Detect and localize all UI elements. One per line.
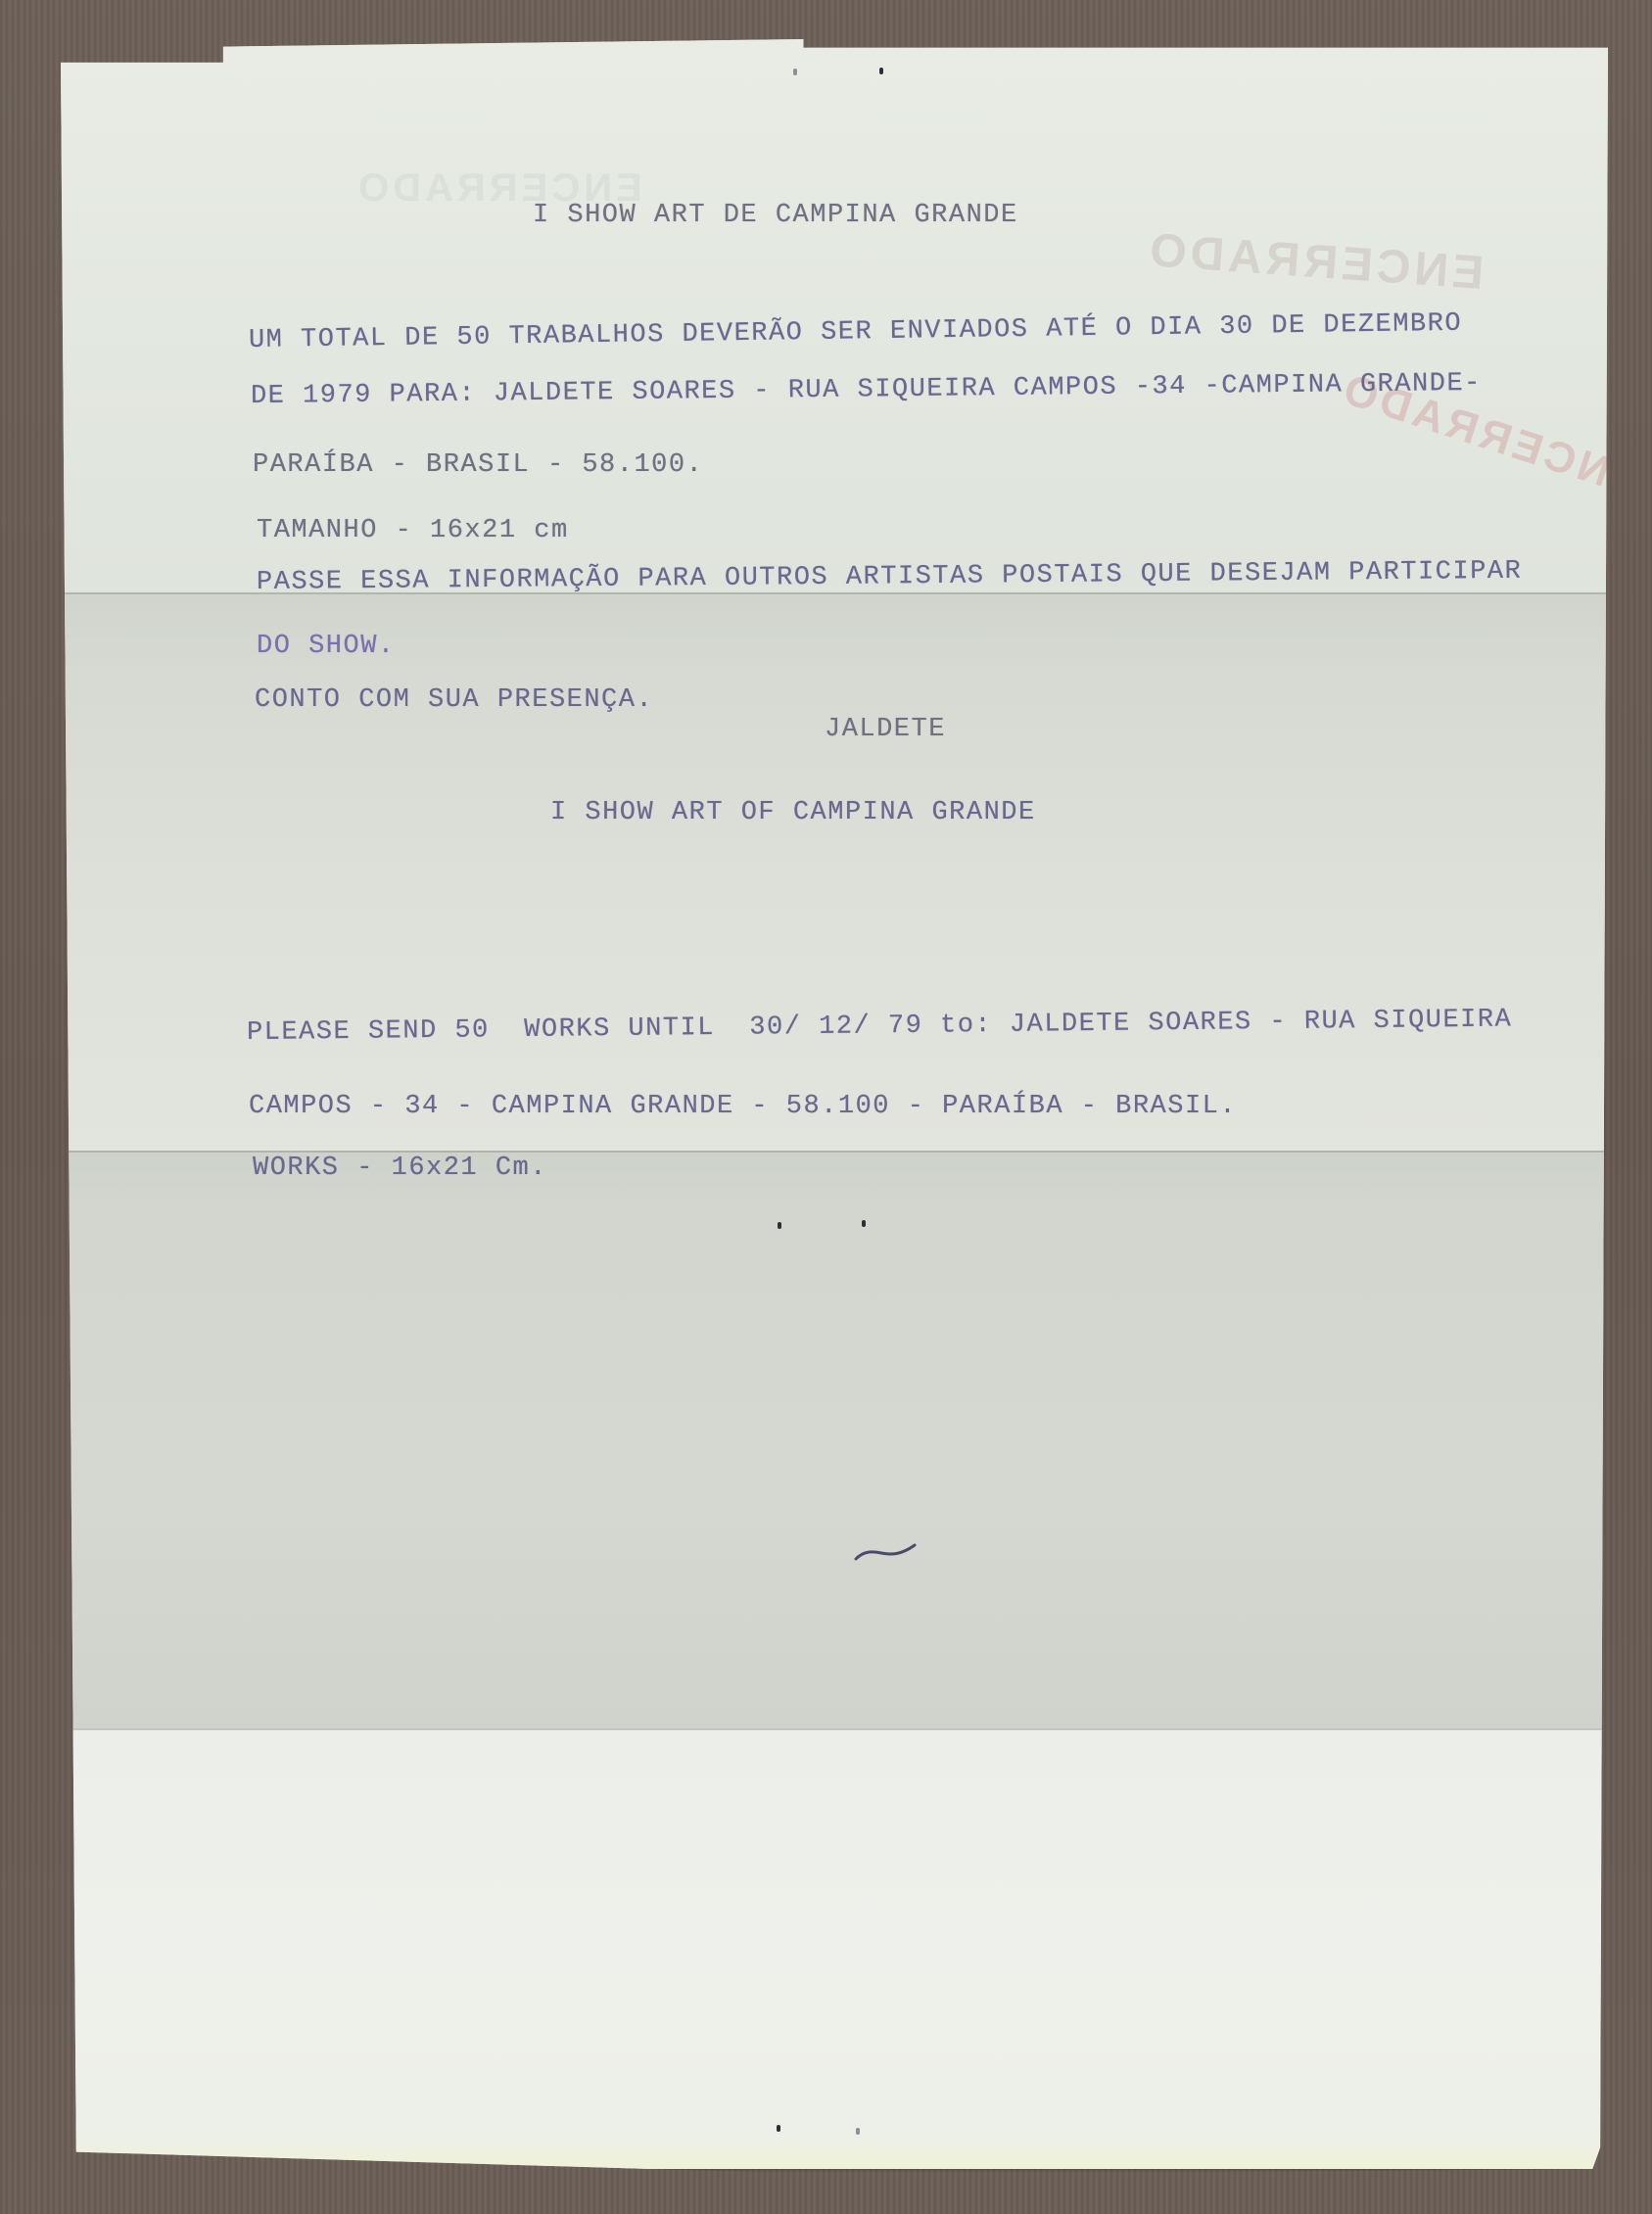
fold-line <box>61 1728 1608 1730</box>
paper-panel-bottom <box>61 1728 1608 2169</box>
letter-paper: ENCERRADO ENCERRADO ENCERRADO I SHOW ART… <box>61 39 1608 2169</box>
punch-mark <box>879 68 883 74</box>
punch-mark <box>862 1220 866 1227</box>
pen-mark-icon <box>852 1537 920 1567</box>
punch-mark <box>778 1222 781 1229</box>
punch-mark <box>777 2125 780 2132</box>
english-title: I SHOW ART OF CAMPINA GRANDE <box>550 798 1036 827</box>
punch-mark <box>856 2128 860 2135</box>
english-line-2: CAMPOS - 34 - CAMPINA GRANDE - 58.100 - … <box>249 1092 1237 1121</box>
paper-panel-third <box>61 1151 1608 1728</box>
portuguese-line-6: DO SHOW. <box>257 632 396 661</box>
paper-panel-second <box>61 592 1608 1151</box>
fold-line <box>61 1151 1608 1153</box>
portuguese-line-7: CONTO COM SUA PRESENÇA. <box>255 685 653 715</box>
signature-jaldete: JALDETE <box>825 715 946 744</box>
portuguese-title: I SHOW ART DE CAMPINA GRANDE <box>533 201 1018 230</box>
punch-mark <box>793 69 797 75</box>
portuguese-line-4-size: TAMANHO - 16x21 cm <box>257 516 569 545</box>
english-line-3-size: WORKS - 16x21 Cm. <box>253 1154 547 1183</box>
portuguese-line-3: PARAÍBA - BRASIL - 58.100. <box>253 450 703 480</box>
